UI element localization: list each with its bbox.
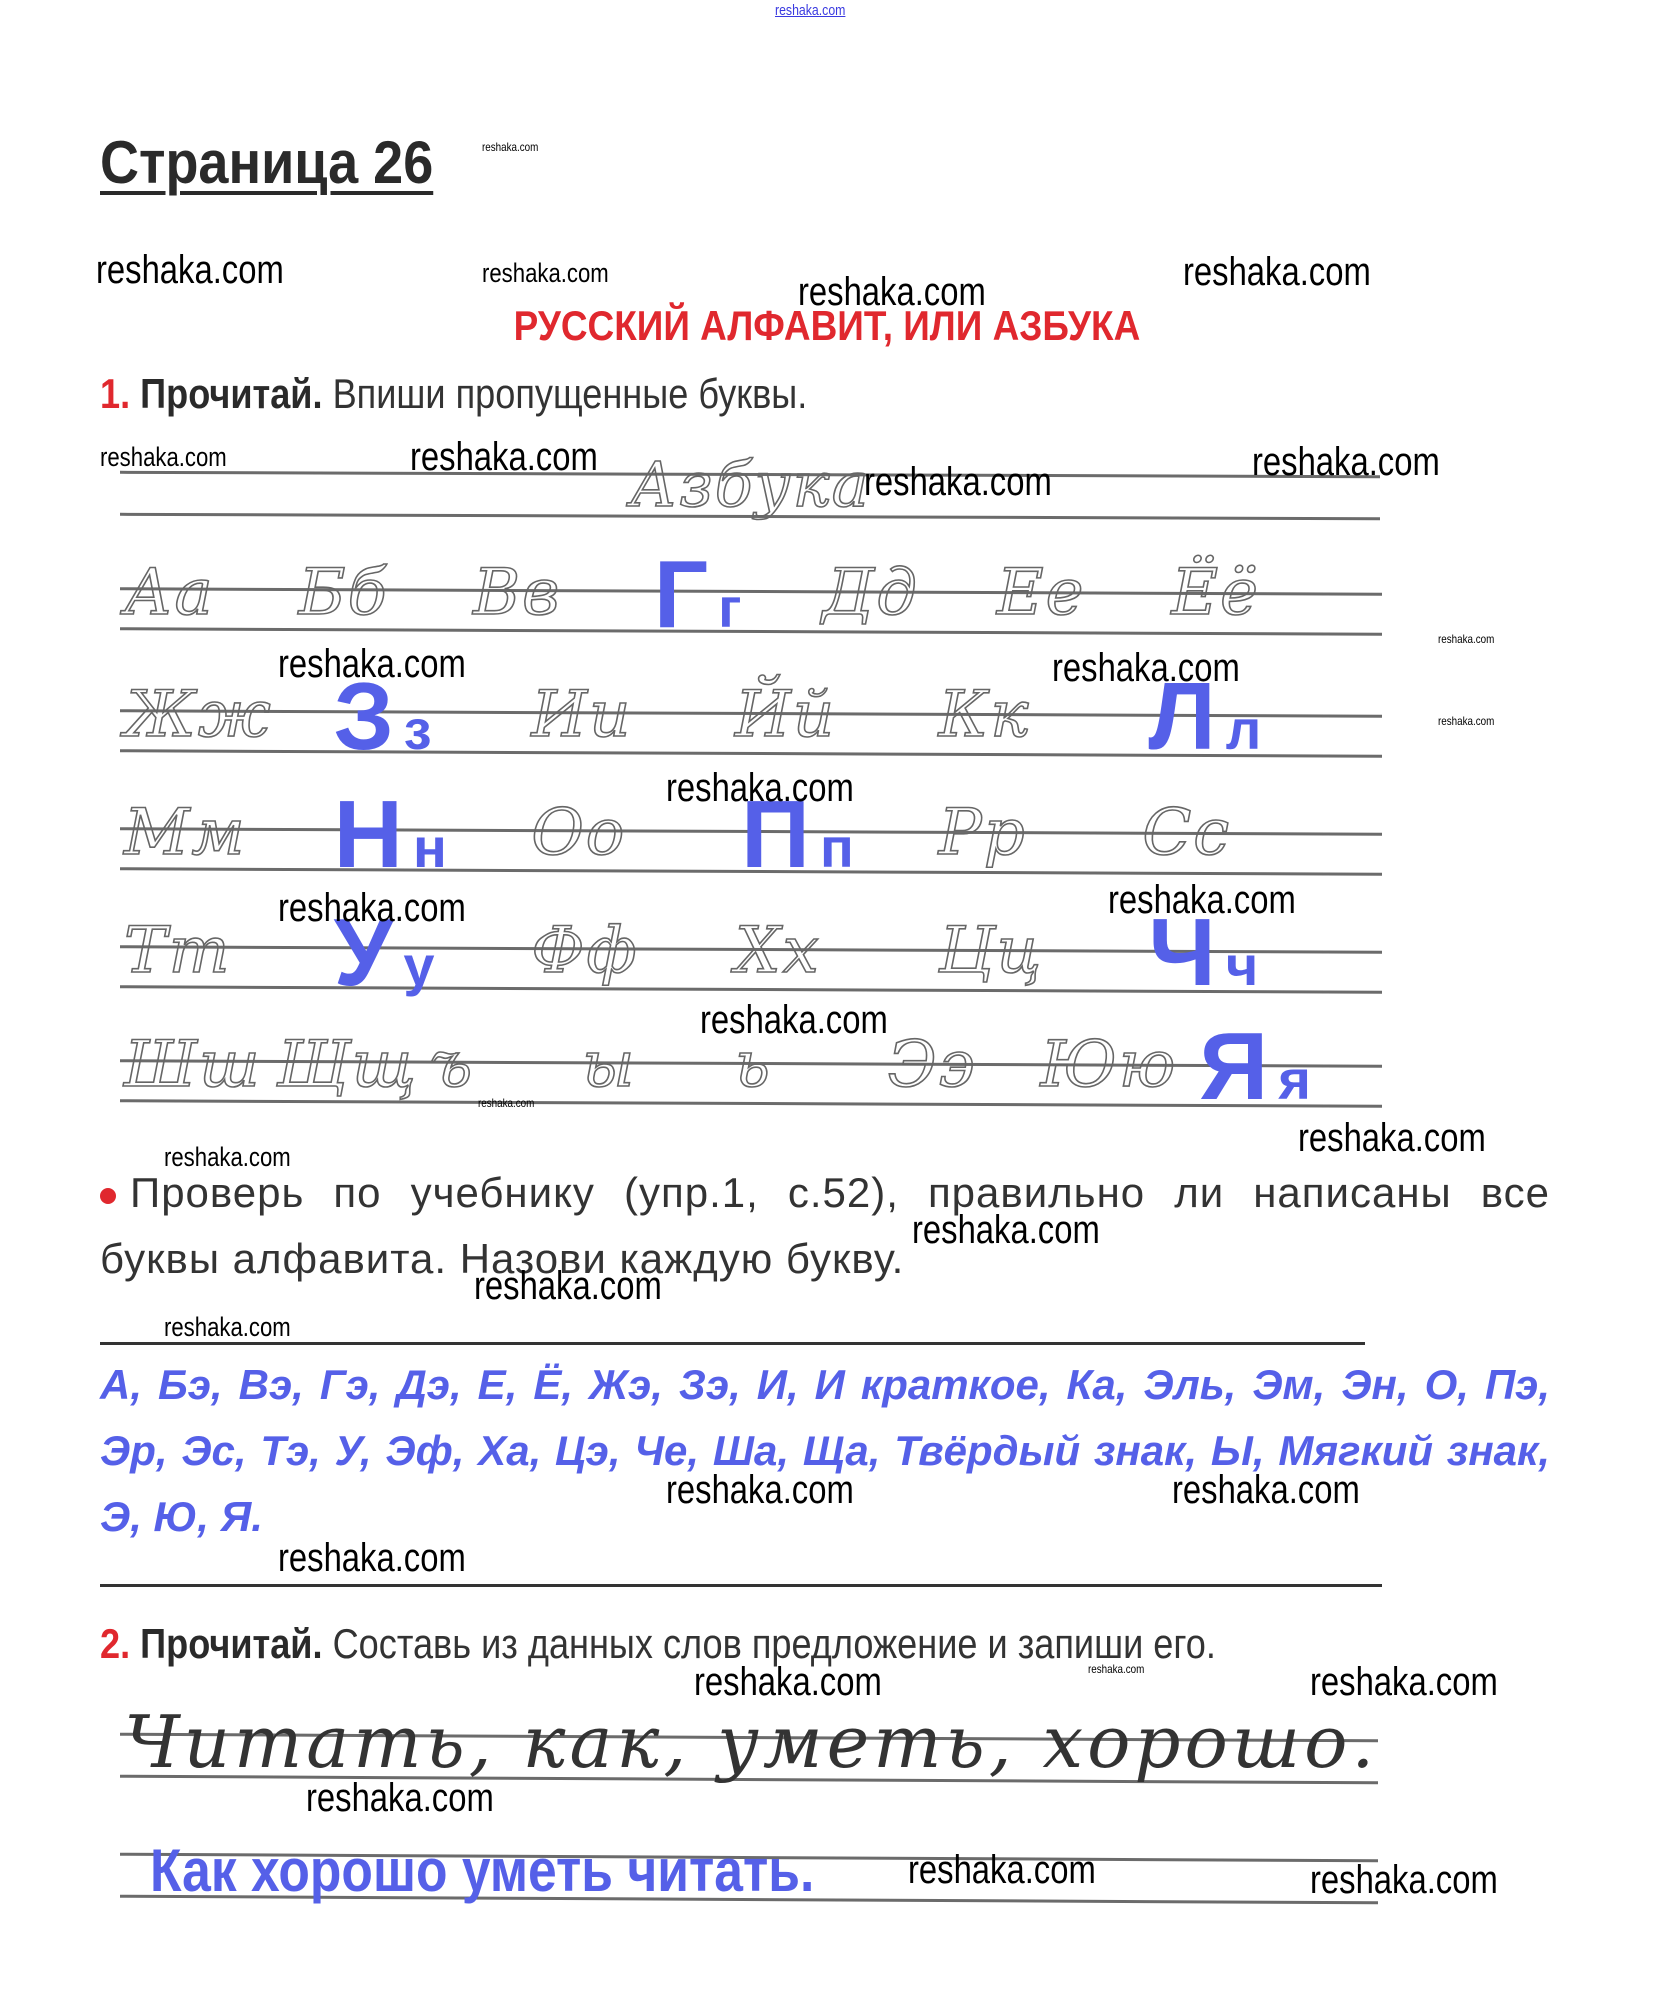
answer-line: [100, 1584, 1382, 1587]
watermark[interactable]: reshaka.com: [775, 2, 845, 19]
task-number: 2.: [100, 1620, 130, 1667]
dotted-letter-pair: Цц: [939, 914, 1043, 988]
watermark: reshaka.com: [1438, 714, 1494, 728]
task-1-heading: 1. Прочитай. Впиши пропущенные буквы.: [100, 370, 807, 418]
dotted-letter-pair: Фф: [531, 914, 638, 988]
watermark: reshaka.com: [1052, 646, 1240, 691]
watermark: reshaka.com: [1298, 1116, 1486, 1161]
watermark: reshaka.com: [278, 1536, 466, 1581]
watermark: reshaka.com: [306, 1776, 494, 1821]
watermark: reshaka.com: [1088, 1662, 1144, 1676]
dotted-letter-pair: Дд: [822, 556, 919, 630]
dotted-letter-pair: ы: [582, 1028, 636, 1102]
answer-line: [100, 1342, 1365, 1345]
dotted-letter-pair: Кк: [939, 678, 1031, 752]
watermark: reshaka.com: [100, 442, 227, 473]
watermark: reshaka.com: [700, 998, 888, 1043]
dotted-letter-pair: Рр: [939, 796, 1027, 870]
dotted-letter-pair: Ёё: [1171, 556, 1260, 630]
watermark: reshaka.com: [666, 1468, 854, 1513]
watermark: reshaka.com: [694, 1660, 882, 1705]
check-instruction: Проверь по учебнику (упр.1, с.52), прави…: [100, 1160, 1550, 1292]
page-title: Страница 26: [100, 128, 433, 197]
dotted-letter-pair: Тт: [124, 914, 231, 988]
task-number: 1.: [100, 370, 130, 417]
watermark: reshaka.com: [1310, 1660, 1498, 1705]
watermark: reshaka.com: [864, 460, 1052, 505]
filled-letter-pair: Яя: [1199, 1012, 1311, 1122]
watermark: reshaka.com: [482, 140, 538, 154]
dotted-letter-pair: Мм: [124, 796, 247, 870]
dotted-letter-pair: Шш: [124, 1028, 262, 1102]
dotted-letter-pair: Жж: [124, 678, 273, 752]
dotted-letter-pair: Аа: [124, 556, 215, 630]
given-words-cursive: Читать, как, уметь, хорошо.: [124, 1700, 1378, 1784]
watermark: reshaka.com: [474, 1264, 662, 1309]
watermark: reshaka.com: [1310, 1858, 1498, 1903]
watermark: reshaka.com: [410, 435, 598, 480]
dotted-letter-pair: Йй: [735, 678, 836, 752]
dotted-letter-pair: Хх: [735, 914, 821, 988]
dotted-letter-pair: Ээ: [888, 1028, 977, 1102]
dotted-letter-pair: Ии: [531, 678, 632, 752]
filled-letter-pair: Нн: [334, 780, 447, 890]
watermark: reshaka.com: [908, 1848, 1096, 1893]
task-verb: Прочитай.: [140, 370, 322, 417]
dotted-letter-pair: Оо: [531, 796, 626, 870]
watermark: reshaka.com: [278, 886, 466, 931]
task-2-heading: 2. Прочитай. Составь из данных слов пред…: [100, 1620, 1216, 1668]
watermark: reshaka.com: [164, 1312, 291, 1343]
watermark: reshaka.com: [1183, 250, 1371, 295]
watermark: reshaka.com: [666, 766, 854, 811]
dotted-letter-pair: Щщ: [277, 1028, 418, 1102]
dotted-letter-pair: Ее: [997, 556, 1086, 630]
watermark: reshaka.com: [478, 1096, 534, 1110]
watermark: reshaka.com: [1172, 1468, 1360, 1513]
watermark: reshaka.com: [278, 642, 466, 687]
cursive-heading-word: Азбука: [630, 448, 871, 521]
watermark: reshaka.com: [1438, 632, 1494, 646]
task-verb: Прочитай.: [140, 1620, 322, 1667]
dotted-letter-pair: Сс: [1142, 796, 1231, 870]
bullet-icon: [100, 1188, 116, 1204]
watermark: reshaka.com: [912, 1208, 1100, 1253]
dotted-letter-pair: Юю: [1041, 1028, 1178, 1102]
filled-letter-pair: Гг: [654, 540, 742, 650]
dotted-letter-pair: ъ: [430, 1028, 475, 1102]
watermark: reshaka.com: [96, 248, 284, 293]
watermark: reshaka.com: [1108, 878, 1296, 923]
watermark: reshaka.com: [482, 258, 609, 289]
dotted-letter-pair: Вв: [473, 556, 561, 630]
sentence-answer: Как хорошо уметь читать.: [150, 1836, 814, 1905]
watermark: reshaka.com: [1252, 440, 1440, 485]
task-instruction: Впиши пропущенные буквы.: [333, 370, 808, 417]
section-title: РУССКИЙ АЛФАВИТ, ИЛИ АЗБУКА: [99, 302, 1555, 350]
dotted-letter-pair: Бб: [299, 556, 389, 630]
letter-names-answer: А, Бэ, Вэ, Гэ, Дэ, Е, Ё, Жэ, Зэ, И, И кр…: [100, 1352, 1550, 1550]
